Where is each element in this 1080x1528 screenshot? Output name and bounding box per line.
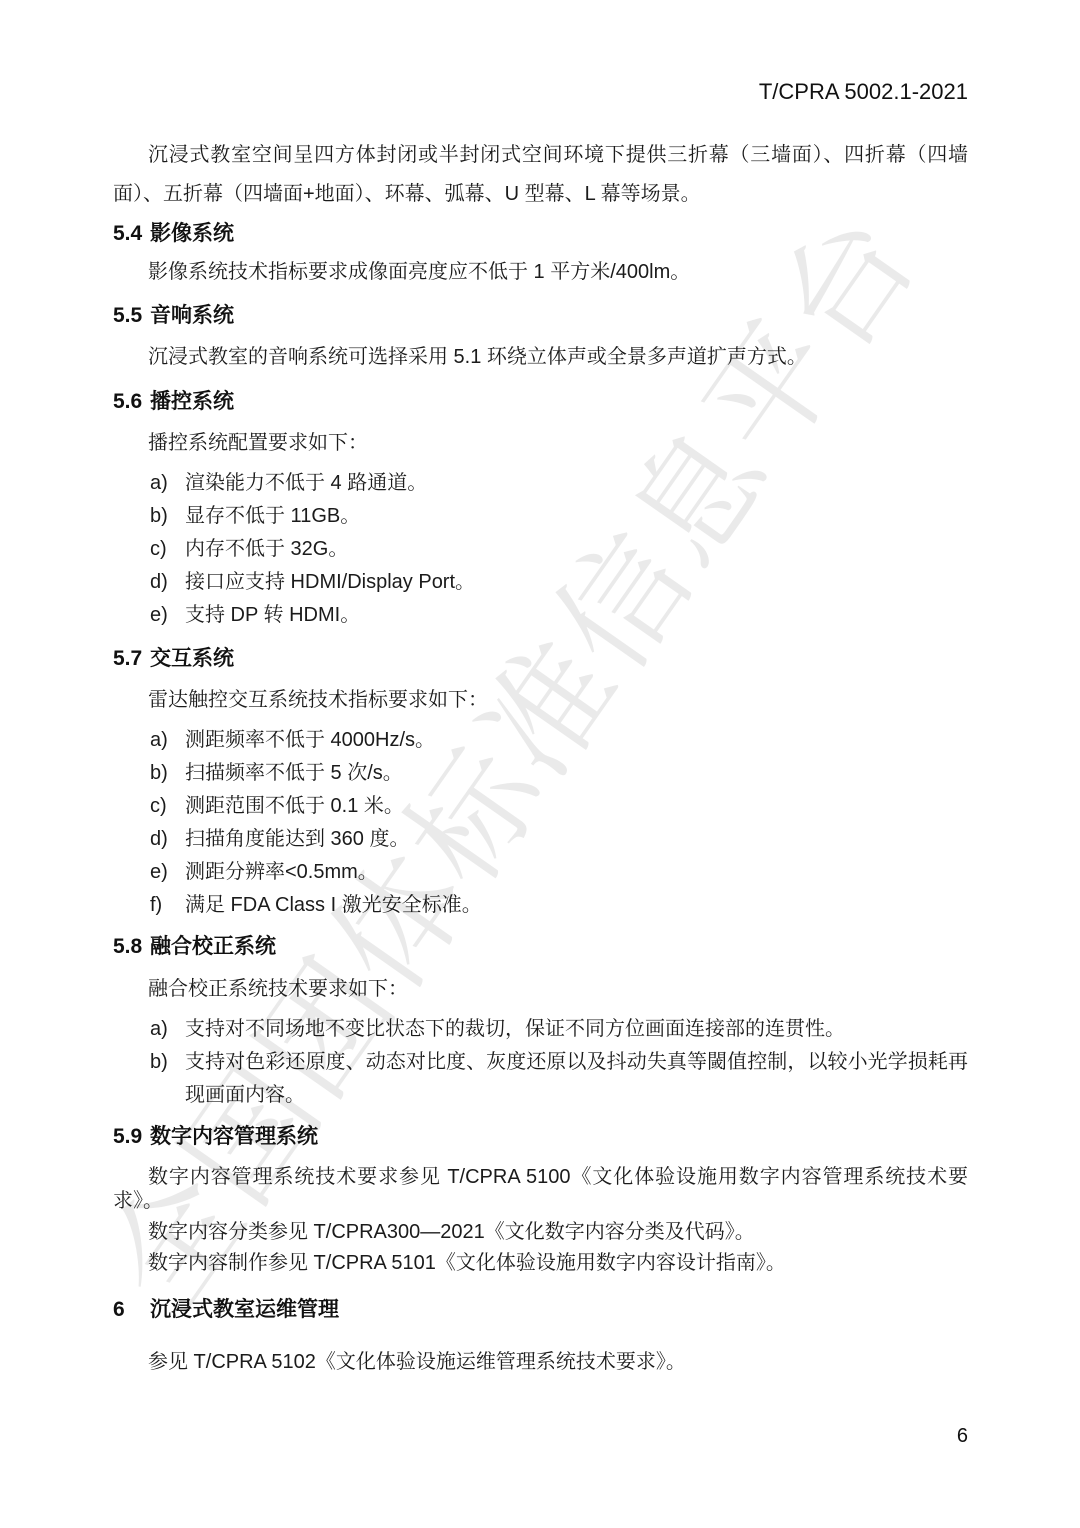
section-5-7-list: a)测距频率不低于 4000Hz/s。 b)扫描频率不低于 5 次/s。 c)测… bbox=[113, 724, 968, 922]
list-item: e)支持 DP 转 HDMI。 bbox=[113, 599, 968, 632]
list-item: a)支持对不同场地不变比状态下的裁切，保证不同方位画面连接部的连贯性。 bbox=[113, 1013, 968, 1046]
section-5-9-paragraph: 数字内容制作参见 T/CPRA 5101《文化体验设施用数字内容设计指南》。 bbox=[113, 1251, 968, 1275]
section-number: 5.9 bbox=[113, 1125, 150, 1149]
item-text: 扫描频率不低于 5 次/s。 bbox=[185, 762, 403, 784]
list-item: e)测距分辨率<0.5mm。 bbox=[113, 856, 968, 889]
list-item: b)显存不低于 11GB。 bbox=[113, 500, 968, 533]
section-number: 5.4 bbox=[113, 222, 150, 246]
section-5-8-list: a)支持对不同场地不变比状态下的裁切，保证不同方位画面连接部的连贯性。 b)支持… bbox=[113, 1013, 968, 1112]
section-number: 5.8 bbox=[113, 935, 150, 959]
item-text: 测距频率不低于 4000Hz/s。 bbox=[185, 729, 435, 751]
item-text: 满足 FDA Class I 激光安全标准。 bbox=[185, 894, 482, 916]
item-label: d) bbox=[150, 823, 168, 856]
item-label: a) bbox=[150, 1013, 168, 1046]
section-heading-5-4: 5.4影像系统 bbox=[113, 222, 968, 246]
section-title: 音响系统 bbox=[150, 304, 234, 327]
intro-paragraph: 沉浸式教室空间呈四方体封闭或半封闭式空间环境下提供三折幕（三墙面）、四折幕（四墙… bbox=[113, 136, 968, 214]
item-label: e) bbox=[150, 856, 168, 889]
item-label: f) bbox=[150, 889, 162, 922]
section-5-9-paragraph: 数字内容分类参见 T/CPRA300—2021《文化数字内容分类及代码》。 bbox=[113, 1220, 968, 1244]
section-heading-5-7: 5.7交互系统 bbox=[113, 647, 968, 671]
section-5-8-paragraph: 融合校正系统技术要求如下： bbox=[113, 977, 968, 1001]
item-label: b) bbox=[150, 1046, 168, 1079]
item-label: b) bbox=[150, 500, 168, 533]
section-title: 数字内容管理系统 bbox=[150, 1125, 318, 1148]
section-5-6-list: a)渲染能力不低于 4 路通道。 b)显存不低于 11GB。 c)内存不低于 3… bbox=[113, 467, 968, 632]
section-number: 5.5 bbox=[113, 304, 150, 328]
list-item: b)支持对色彩还原度、动态对比度、灰度还原以及抖动失真等閾值控制，以较小光学损耗… bbox=[113, 1046, 968, 1112]
item-label: e) bbox=[150, 599, 168, 632]
section-heading-6: 6沉浸式教室运维管理 bbox=[113, 1298, 968, 1322]
section-title: 播控系统 bbox=[150, 390, 234, 413]
item-text: 扫描角度能达到 360 度。 bbox=[185, 828, 409, 850]
section-5-4-paragraph: 影像系统技术指标要求成像面亮度应不低于 1 平方米/400lm。 bbox=[113, 260, 968, 284]
item-text: 支持对色彩还原度、动态对比度、灰度还原以及抖动失真等閾值控制，以较小光学损耗再现… bbox=[185, 1051, 968, 1106]
list-item: d)扫描角度能达到 360 度。 bbox=[113, 823, 968, 856]
section-heading-5-6: 5.6播控系统 bbox=[113, 390, 968, 414]
item-label: a) bbox=[150, 724, 168, 757]
item-text: 显存不低于 11GB。 bbox=[185, 505, 360, 527]
page-number: 6 bbox=[957, 1424, 968, 1448]
section-5-7-paragraph: 雷达触控交互系统技术指标要求如下： bbox=[113, 688, 968, 712]
item-label: c) bbox=[150, 790, 167, 823]
section-6-paragraph: 参见 T/CPRA 5102《文化体验设施运维管理系统技术要求》。 bbox=[113, 1350, 968, 1374]
section-number: 6 bbox=[113, 1298, 150, 1322]
list-item: a)测距频率不低于 4000Hz/s。 bbox=[113, 724, 968, 757]
section-5-6-paragraph: 播控系统配置要求如下： bbox=[113, 431, 968, 455]
item-text: 渲染能力不低于 4 路通道。 bbox=[185, 472, 427, 494]
section-title: 影像系统 bbox=[150, 222, 234, 245]
section-title: 沉浸式教室运维管理 bbox=[150, 1298, 339, 1321]
item-label: d) bbox=[150, 566, 168, 599]
section-number: 5.7 bbox=[113, 647, 150, 671]
list-item: d)接口应支持 HDMI/Display Port。 bbox=[113, 566, 968, 599]
section-heading-5-5: 5.5音响系统 bbox=[113, 304, 968, 328]
item-label: a) bbox=[150, 467, 168, 500]
item-text: 测距分辨率<0.5mm。 bbox=[185, 861, 378, 883]
document-page: 全国团体标准信息平台 T/CPRA 5002.1-2021 沉浸式教室空间呈四方… bbox=[0, 0, 1080, 1528]
list-item: f)满足 FDA Class I 激光安全标准。 bbox=[113, 889, 968, 922]
standard-code-header: T/CPRA 5002.1-2021 bbox=[113, 0, 968, 106]
section-title: 融合校正系统 bbox=[150, 935, 276, 958]
list-item: c)内存不低于 32G。 bbox=[113, 533, 968, 566]
list-item: c)测距范围不低于 0.1 米。 bbox=[113, 790, 968, 823]
item-text: 测距范围不低于 0.1 米。 bbox=[185, 795, 404, 817]
item-text: 支持 DP 转 HDMI。 bbox=[185, 604, 360, 626]
item-text: 内存不低于 32G。 bbox=[185, 538, 348, 560]
section-5-5-paragraph: 沉浸式教室的音响系统可选择采用 5.1 环绕立体声或全景多声道扩声方式。 bbox=[113, 345, 968, 369]
section-heading-5-8: 5.8融合校正系统 bbox=[113, 935, 968, 959]
section-5-9-paragraph: 数字内容管理系统技术要求参见 T/CPRA 5100《文化体验设施用数字内容管理… bbox=[113, 1165, 968, 1213]
list-item: a)渲染能力不低于 4 路通道。 bbox=[113, 467, 968, 500]
item-text: 接口应支持 HDMI/Display Port。 bbox=[185, 571, 475, 593]
document-content: T/CPRA 5002.1-2021 沉浸式教室空间呈四方体封闭或半封闭式空间环… bbox=[113, 0, 968, 1374]
section-number: 5.6 bbox=[113, 390, 150, 414]
item-label: b) bbox=[150, 757, 168, 790]
item-label: c) bbox=[150, 533, 167, 566]
section-heading-5-9: 5.9数字内容管理系统 bbox=[113, 1125, 968, 1149]
section-title: 交互系统 bbox=[150, 647, 234, 670]
list-item: b)扫描频率不低于 5 次/s。 bbox=[113, 757, 968, 790]
item-text: 支持对不同场地不变比状态下的裁切，保证不同方位画面连接部的连贯性。 bbox=[185, 1018, 845, 1040]
